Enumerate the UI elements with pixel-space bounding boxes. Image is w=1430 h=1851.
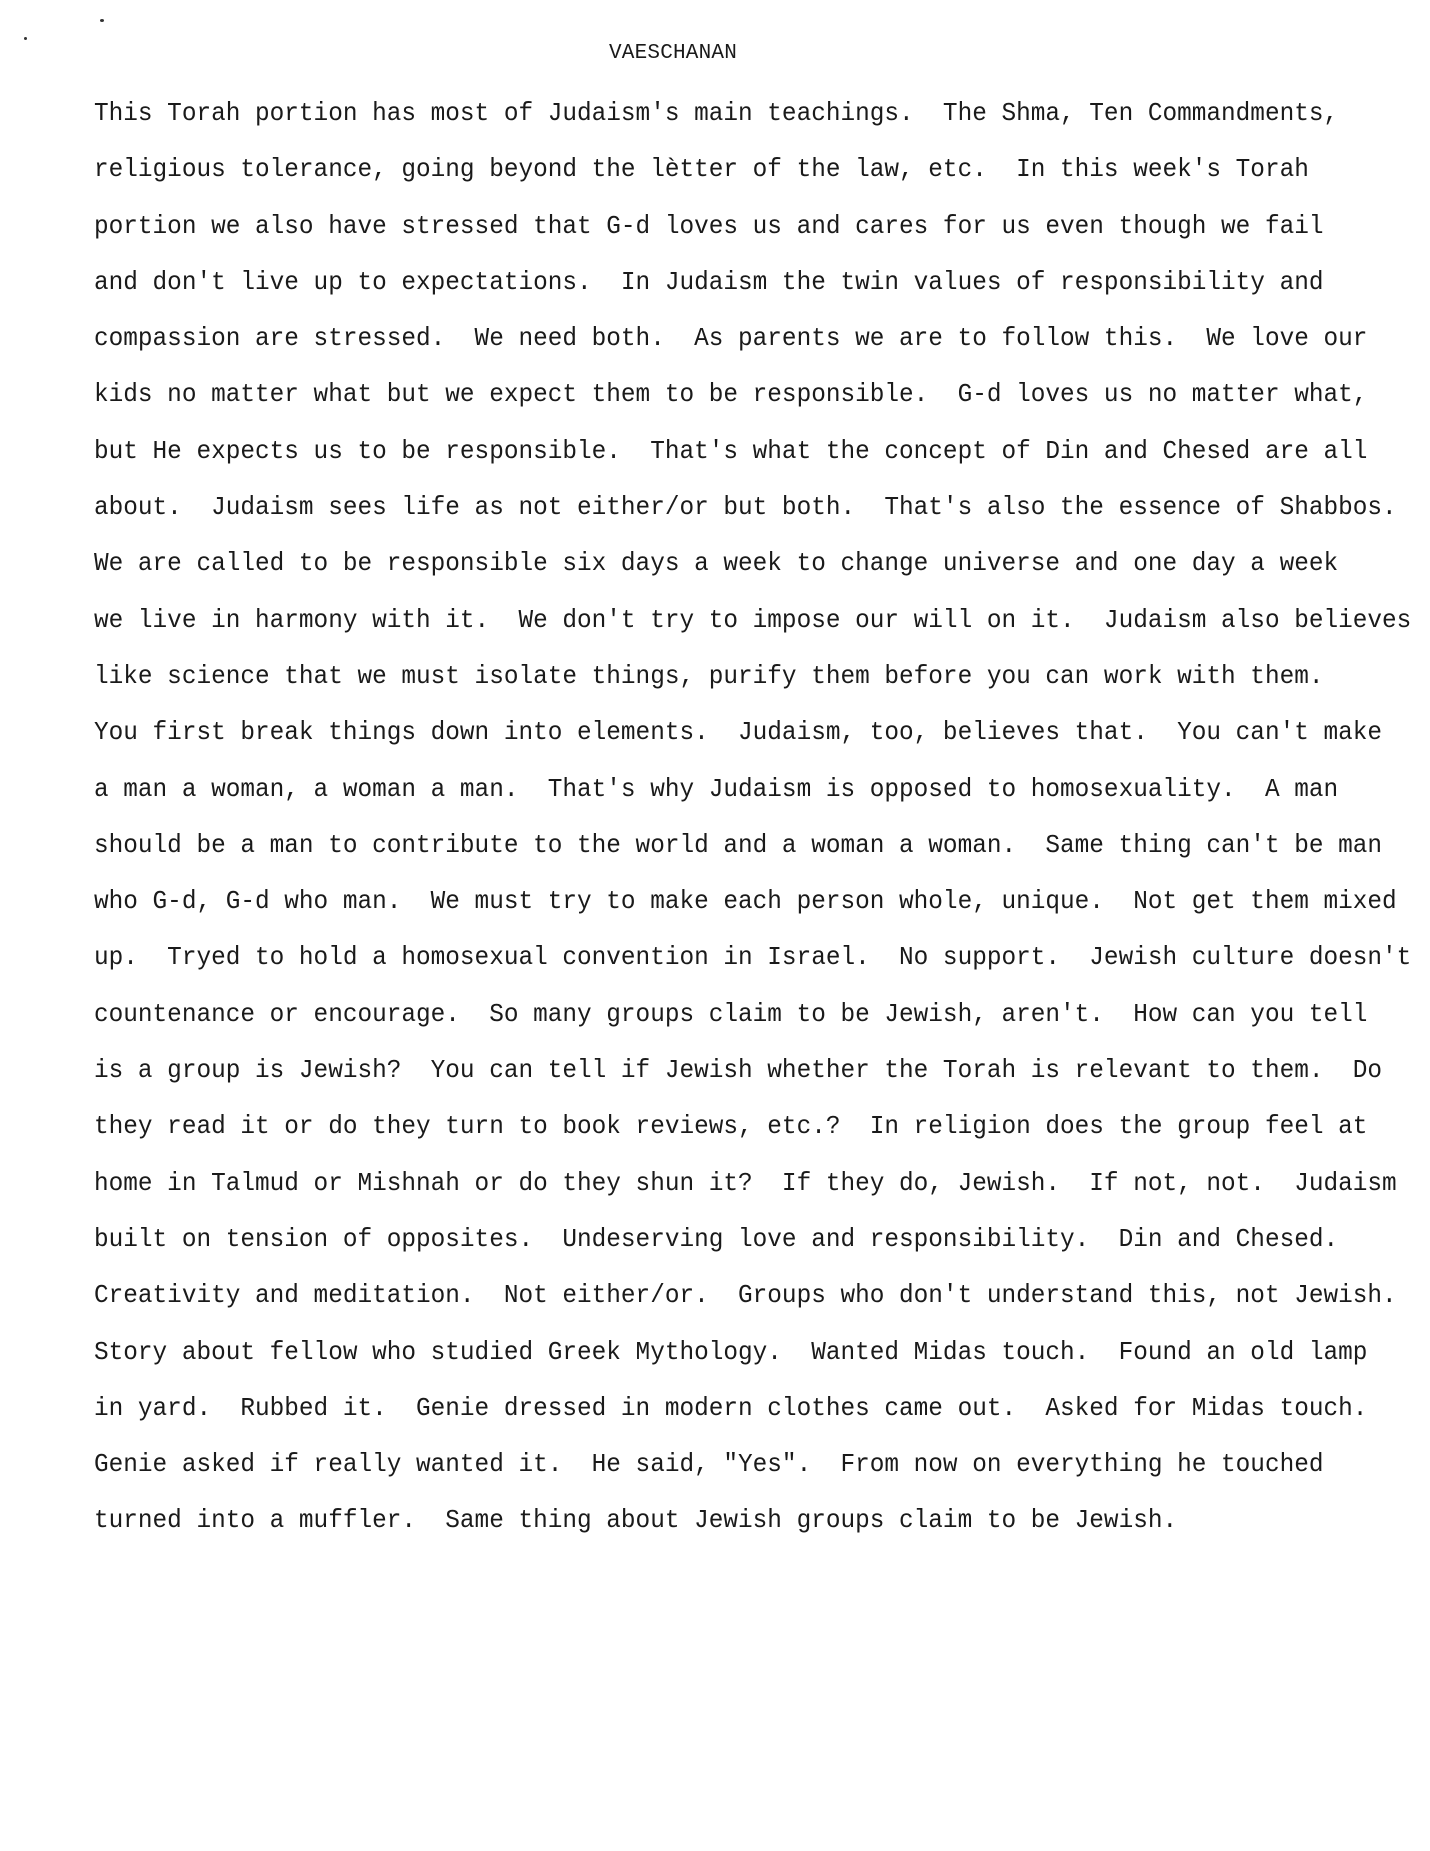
- text-line: Story about fellow who studied Greek Myt…: [94, 1332, 1411, 1393]
- scan-speck: [100, 19, 104, 22]
- text-line: We are called to be responsible six days…: [94, 543, 1411, 604]
- scan-speck: [24, 37, 27, 40]
- text-line: should be a man to contribute to the wor…: [94, 825, 1411, 886]
- text-line: who G-d, G-d who man. We must try to mak…: [94, 881, 1411, 942]
- text-line: a man a woman, a woman a man. That's why…: [94, 769, 1411, 830]
- text-line: built on tension of opposites. Undeservi…: [94, 1219, 1411, 1280]
- text-line: up. Tryed to hold a homosexual conventio…: [94, 937, 1411, 998]
- text-line: like science that we must isolate things…: [94, 656, 1411, 717]
- document-body: This Torah portion has most of Judaism's…: [94, 93, 1411, 1557]
- text-line: kids no matter what but we expect them t…: [94, 374, 1411, 435]
- text-line: This Torah portion has most of Judaism's…: [94, 93, 1411, 154]
- text-line: about. Judaism sees life as not either/o…: [94, 487, 1411, 548]
- text-line: but He expects us to be responsible. Tha…: [94, 431, 1411, 492]
- text-line: You first break things down into element…: [94, 712, 1411, 773]
- text-line: Genie asked if really wanted it. He said…: [94, 1444, 1411, 1505]
- text-line: compassion are stressed. We need both. A…: [94, 318, 1411, 379]
- text-line: countenance or encourage. So many groups…: [94, 994, 1411, 1055]
- text-line: in yard. Rubbed it. Genie dressed in mod…: [94, 1388, 1411, 1449]
- text-line: we live in harmony with it. We don't try…: [94, 600, 1411, 661]
- text-line: Creativity and meditation. Not either/or…: [94, 1275, 1411, 1336]
- text-line: is a group is Jewish? You can tell if Je…: [94, 1050, 1411, 1111]
- text-line: religious tolerance, going beyond the lè…: [94, 149, 1411, 210]
- text-line: home in Talmud or Mishnah or do they shu…: [94, 1163, 1411, 1224]
- text-line: turned into a muffler. Same thing about …: [94, 1500, 1411, 1561]
- text-line: portion we also have stressed that G-d l…: [94, 206, 1411, 267]
- text-line: and don't live up to expectations. In Ju…: [94, 262, 1411, 323]
- text-line: they read it or do they turn to book rev…: [94, 1106, 1411, 1167]
- document-title: VAESCHANAN: [0, 42, 1388, 65]
- document-page: VAESCHANAN This Torah portion has most o…: [0, 0, 1430, 1851]
